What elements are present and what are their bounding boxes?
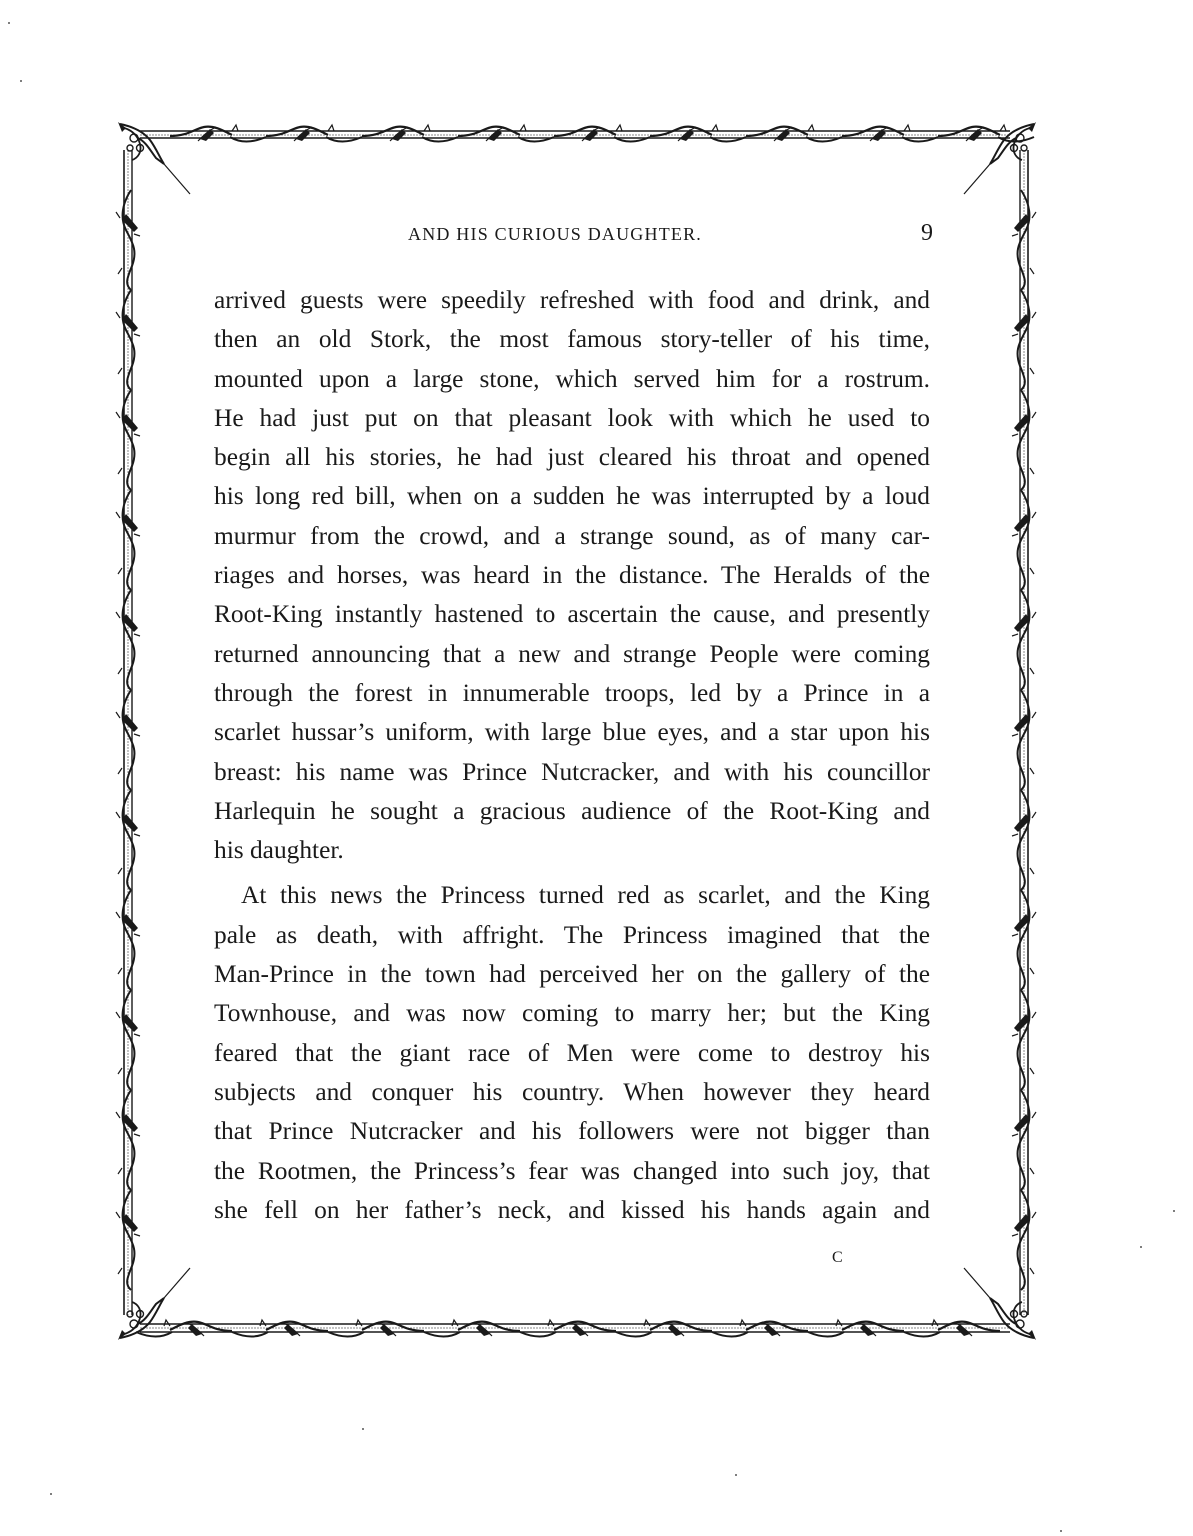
text-line: breast: his name was Prince Nutcracker, … [214,753,930,792]
text-line: feared that the giant race of Men were c… [214,1034,930,1073]
text-line: Harlequin he sought a gracious audience … [214,792,930,831]
paragraph: arrived guests were speedily refreshed w… [214,281,930,870]
text-line: murmur from the crowd, and a strange sou… [214,517,930,556]
text-line: Townhouse, and was now coming to marry h… [214,994,930,1033]
text-line: begin all his stories, he had just clear… [214,438,930,477]
body-text: arrived guests were speedily refreshed w… [214,281,930,1230]
scan-speck [20,80,22,82]
paragraph: At this news the Princess turned red as … [214,876,930,1230]
page-number: 9 [921,220,933,247]
text-line: riages and horses, was heard in the dist… [214,556,930,595]
scan-speck [1173,1210,1175,1212]
text-line: then an old Stork, the most famous story… [214,320,930,359]
scan-speck [1060,1530,1062,1532]
text-line: subjects and conquer his country. When h… [214,1073,930,1112]
text-line: scarlet hussar’s uniform, with large blu… [214,713,930,752]
scan-speck [50,1493,52,1495]
text-line: returned announcing that a new and stran… [214,635,930,674]
running-title: AND HIS CURIOUS DAUGHTER. [408,224,702,245]
text-line: she fell on her father’s neck, and kisse… [214,1191,930,1230]
text-line: At this news the Princess turned red as … [214,876,930,915]
running-head: AND HIS CURIOUS DAUGHTER. 9 [200,222,935,252]
scan-speck [8,22,10,24]
text-line: his long red bill, when on a sudden he w… [214,477,930,516]
text-line: his daughter. [214,831,930,870]
scan-speck [735,1474,737,1476]
text-line: mounted upon a large stone, which served… [214,360,930,399]
text-line: through the forest in innumerable troops… [214,674,930,713]
text-line: the Rootmen, the Princess’s fear was cha… [214,1152,930,1191]
text-line: Man-Prince in the town had perceived her… [214,955,930,994]
signature-mark: C [832,1249,843,1267]
text-line: pale as death, with affright. The Prince… [214,916,930,955]
scan-speck [362,1428,364,1430]
text-line: He had just put on that pleasant look wi… [214,399,930,438]
scan-speck [1140,1246,1142,1248]
text-line: Root-King instantly hastened to ascertai… [214,595,930,634]
book-page: AND HIS CURIOUS DAUGHTER. 9 arrived gues… [0,0,1193,1536]
text-line: arrived guests were speedily refreshed w… [214,281,930,320]
text-line: that Prince Nutcracker and his followers… [214,1112,930,1151]
